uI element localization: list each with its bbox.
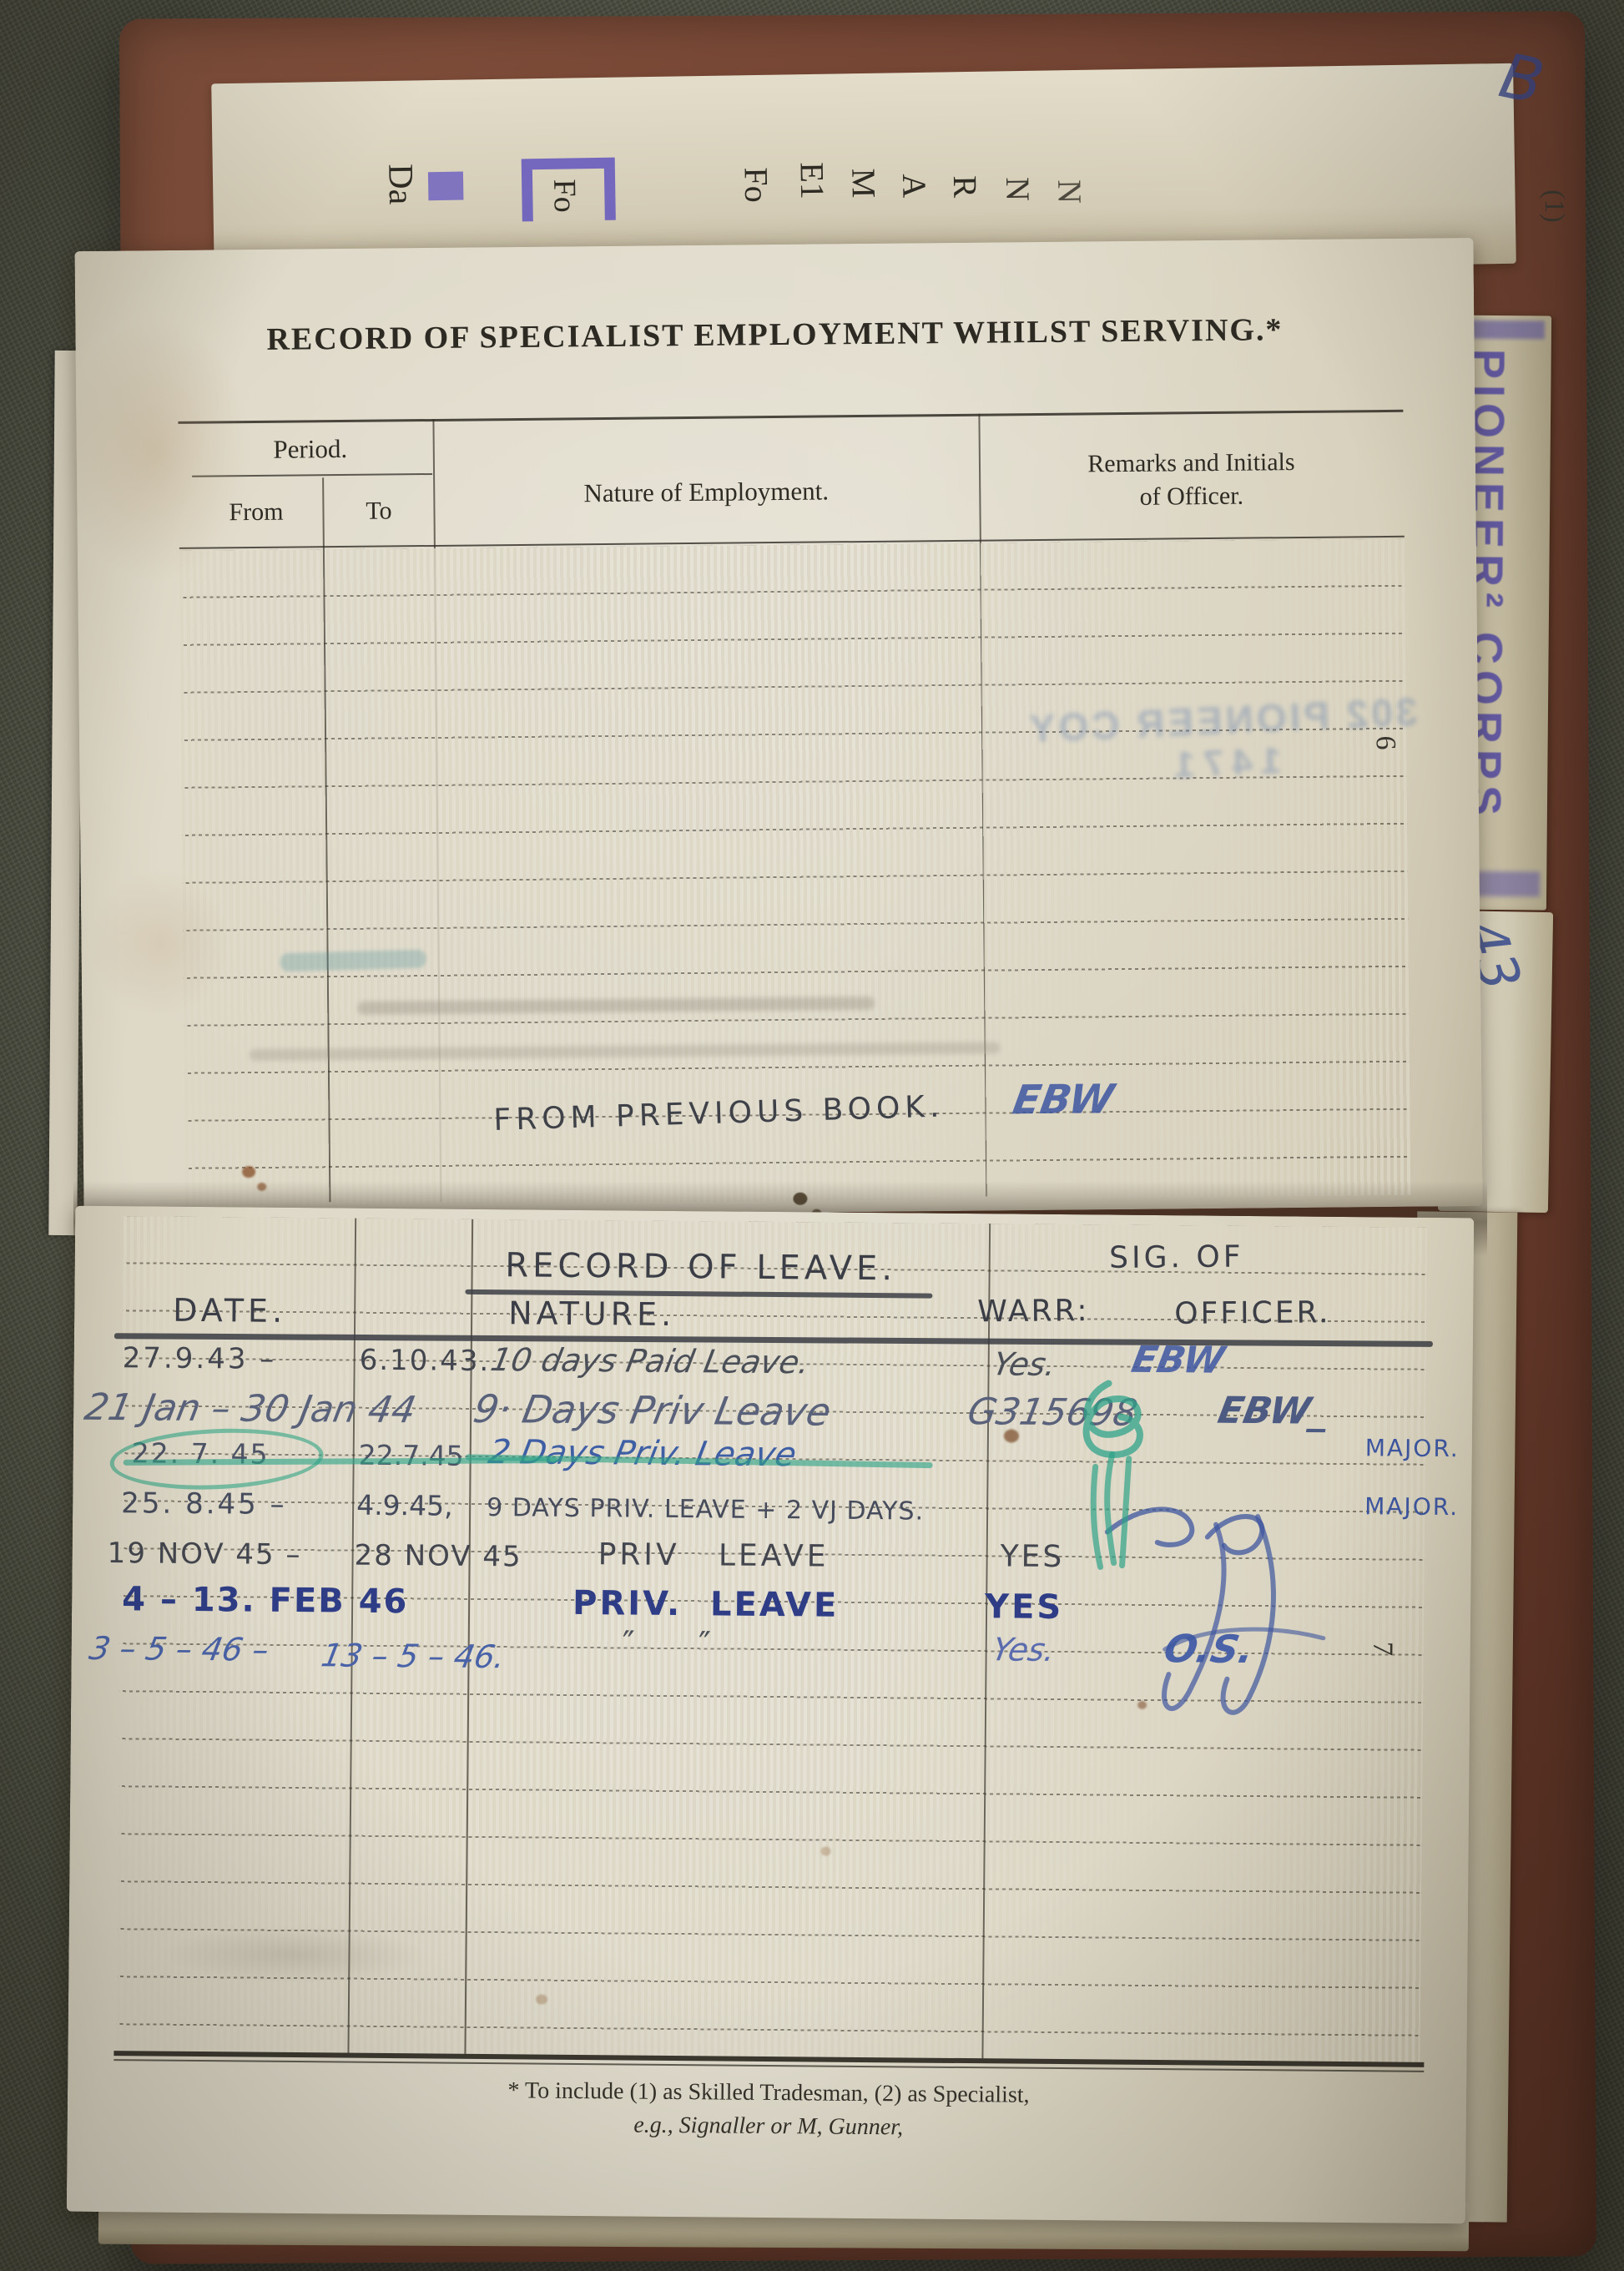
leave-row-1-date-to: 6.10.43.: [360, 1344, 491, 1378]
sig-of-label: SIG. OF: [1068, 1239, 1285, 1275]
period-underline: [192, 473, 432, 477]
column-header-from: From: [189, 497, 322, 527]
column-header-period: Period.: [189, 433, 431, 466]
nature-label: NATURE.: [508, 1294, 675, 1333]
column-header-to: To: [324, 497, 433, 526]
leave-row-6-date: 4 – 13. FEB 46: [122, 1580, 409, 1621]
edge-letter: Fo: [546, 179, 583, 213]
leave-row-3-nature: 2 Days Priv. Leave: [485, 1433, 799, 1474]
purple-box-mark: Fo: [522, 158, 616, 222]
leave-row-7-ditto: ″ ″: [623, 1624, 712, 1663]
leave-row-4-nature: 9 DAYS PRIV. LEAVE + 2 VJ DAYS.: [487, 1493, 924, 1527]
page-number-6: 6: [1369, 735, 1401, 749]
footnote-line1: * To include (1) as Skilled Tradesman, (…: [68, 2074, 1470, 2113]
green-scribble: [1023, 1375, 1200, 1577]
edge-letter: R: [946, 175, 985, 198]
leave-row-5-nature: PRIV LEAVE: [598, 1537, 829, 1573]
leave-row-2-date: 21 Jan – 30 Jan 44: [81, 1386, 419, 1431]
leave-row-7-warr: Yes.: [990, 1631, 1058, 1668]
warr-label: WARR:: [977, 1294, 1090, 1329]
leave-row-7-date: 3 – 5 – 46 –: [87, 1630, 272, 1668]
leave-row-3-date-to: 22.7.45: [359, 1439, 464, 1472]
edge-letter: M: [844, 168, 884, 198]
edge-letter: A: [895, 174, 934, 199]
leave-row-2-nature: 9· Days Priv Leave: [470, 1386, 835, 1435]
page-7: RECORD OF LEAVE. SIG. OF DATE. NATURE. W…: [67, 1206, 1474, 2224]
from-previous-book-initials: EBW: [1010, 1076, 1117, 1123]
leave-row-6-nature: PRIV. LEAVE: [572, 1584, 840, 1625]
edge-letter: N: [998, 177, 1037, 202]
column-header-nature: Nature of Employment.: [433, 475, 979, 510]
page-title: RECORD OF SPECIALIST EMPLOYMENT WHILST S…: [75, 310, 1474, 360]
column-header-remarks-2: of Officer.: [979, 481, 1404, 513]
leave-row-5-date-from: 19 NOV 45 –: [107, 1537, 301, 1572]
edge-letter: Fo: [736, 167, 776, 203]
date-label: DATE.: [173, 1292, 286, 1330]
edge-letter: N: [1050, 179, 1089, 204]
officer-label: OFFICER.: [1174, 1295, 1331, 1331]
leave-row-5-date-to: 28 NOV 45: [354, 1539, 522, 1574]
edge-letter: Da: [380, 164, 421, 205]
purple-mark: [428, 172, 464, 201]
edge-letter: E1: [792, 162, 832, 199]
leave-title: RECORD OF LEAVE.: [467, 1246, 934, 1289]
leave-row-1-nature: 10 days Paid Leave.: [488, 1341, 813, 1380]
table-top-rule: [178, 410, 1403, 424]
page-ref: (1): [1538, 189, 1570, 223]
leave-row-4-date-to: 4.9.45,: [356, 1489, 453, 1522]
leave-row-3-margin: MAJOR.: [1365, 1434, 1460, 1462]
leave-row-2-sig: EBW_: [1214, 1390, 1332, 1433]
leave-row-4-date-from: 25. 8.45 –: [121, 1486, 287, 1522]
column-header-remarks-1: Remarks and Initials: [979, 447, 1404, 480]
leave-row-1-date-from: 27.9.43 –: [123, 1341, 277, 1376]
leave-row-7-date-to: 13 – 5 – 46.: [319, 1637, 508, 1675]
page-6: RECORD OF SPECIALIST EMPLOYMENT WHILST S…: [74, 238, 1482, 1219]
footnote-line2: e.g., Signaller or M, Gunner,: [68, 2107, 1470, 2147]
leave-row-6-warr: YES: [985, 1587, 1064, 1627]
page-number-7: 7: [1366, 1642, 1398, 1656]
